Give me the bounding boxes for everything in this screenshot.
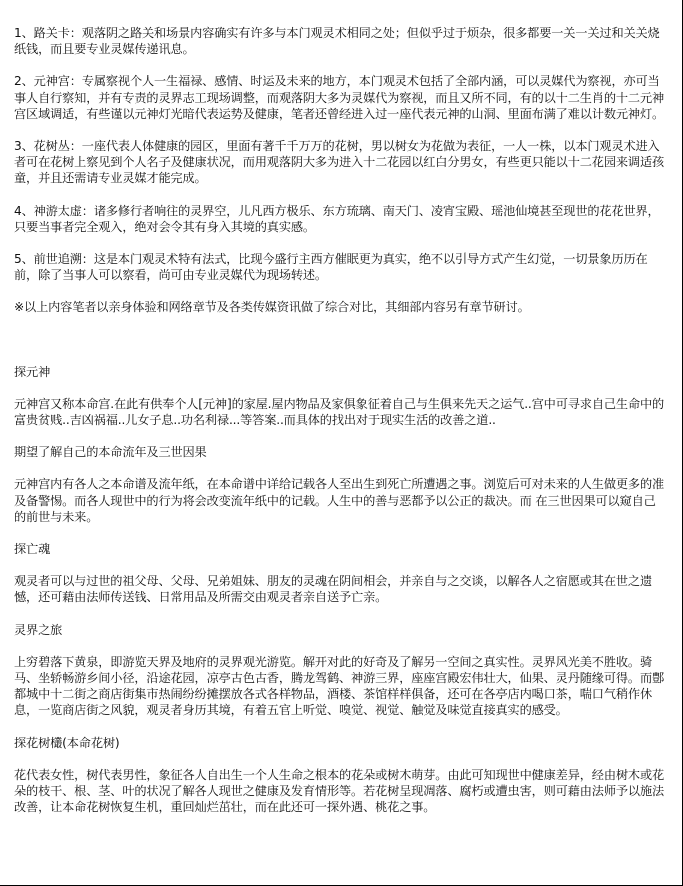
- summary-note: ※以上内容笔者以亲身体验和网络章节及各类传媒资讯做了综合对比，其细部内容另有章节…: [14, 299, 666, 315]
- section-body-flower-tree: 花代表女性，树代表男性，象征各人自出生一个人生命之根本的花朵或树木萌芽。由此可知…: [14, 767, 666, 816]
- section-body-destiny: 元神宫内有各人之本命谱及流年纸，在本命谱中详给记载各人至出生到死亡所遭遇之事。浏…: [14, 476, 666, 525]
- section-spacer: [14, 332, 666, 364]
- list-item-road-pass: 1、路关卡：观落阴之路关和场景内容确实有许多与本门观灵术相同之处；但似乎过于烦杂…: [14, 25, 666, 57]
- section-heading-departed-souls: 探亡魂: [14, 541, 666, 557]
- section-heading-flower-tree: 探花树欉(本命花树): [14, 735, 666, 751]
- list-item-flower-tree-grove: 3、花树丛：一座代表人体健康的园区，里面有著千千万万的花树，男以树女为花做为表征…: [14, 138, 666, 187]
- section-body-departed-souls: 观灵者可以与过世的祖父母、父母、兄弟姐妹、朋友的灵魂在阴间相会，并亲自与之交谈，…: [14, 573, 666, 605]
- document-body: 1、路关卡：观落阴之路关和场景内容确实有许多与本门观灵术相同之处；但似乎过于烦杂…: [14, 25, 666, 832]
- section-heading-destiny: 期望了解自己的本命流年及三世因果: [14, 444, 666, 460]
- list-item-past-life: 5、前世追溯：这是本门观灵术特有法式，比现今盛行主西方催眠更为真实，绝不以引导方…: [14, 251, 666, 283]
- section-heading-spirit-realm-tour: 灵界之旅: [14, 622, 666, 638]
- list-item-spirit-journey: 4、神游太虚：诸多修行者响往的灵界空，儿凡西方极乐、东方琉璃、南天门、凌宵宝殿、…: [14, 203, 666, 235]
- section-body-spirit-realm-tour: 上穷碧落下黄泉，即游览天界及地府的灵界观光游览。解开对此的好奇及了解另一空间之真…: [14, 654, 666, 719]
- section-heading-yuanshen: 探元神: [14, 364, 666, 380]
- list-item-yuanshen-palace: 2、元神宫：专属察视个人一生福禄、感情、时运及未来的地方，本门观灵术包括了全部内…: [14, 73, 666, 122]
- section-body-yuanshen: 元神宫又称本命宫.在此有供奉个人[元神]的家屋.屋内物品及家俱象征着自己与生俱来…: [14, 396, 666, 428]
